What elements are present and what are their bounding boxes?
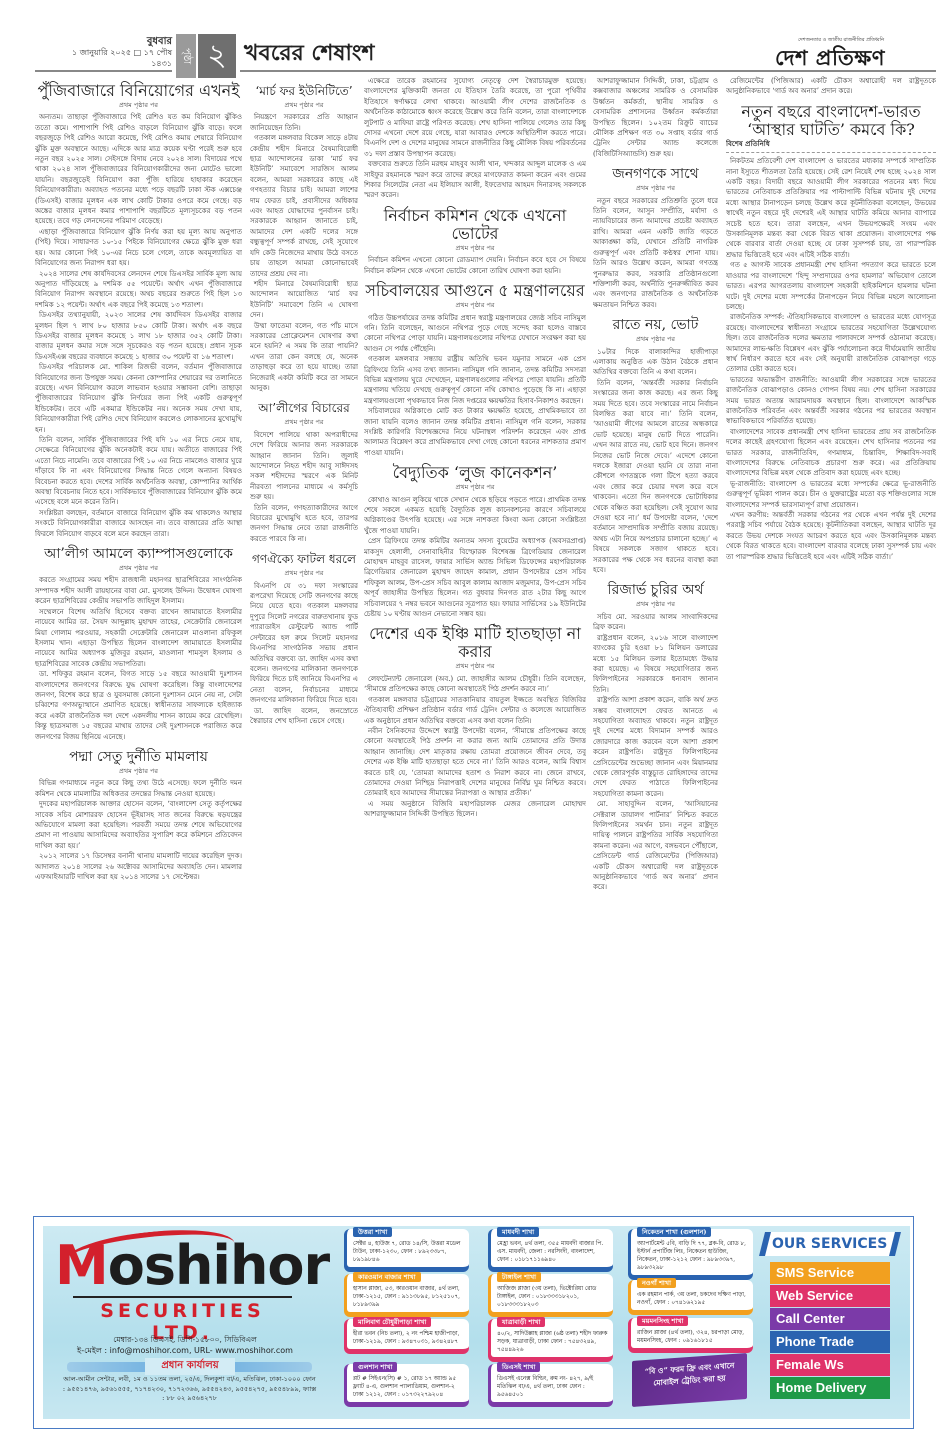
issue-date-text: ১ জানুয়ারি ২০২৫ □ ১৭ পৌষ ১৪৩১	[60, 47, 172, 69]
branch-title: যাত্রাবাড়ী শাখা	[497, 1317, 545, 1327]
article-paragraph: সচিব মো. সরওয়ার আলম সাংবাদিকদের ব্রিফ ক…	[593, 612, 718, 633]
branch-card: টাঙ্গাইল শাখা আজিজ প্লাজা (৩য় তলা), ভিক…	[488, 1274, 613, 1315]
article-paragraph: দুদকের মহাপরিচালক আক্তার হোসেন বলেন, ‘বা…	[35, 799, 242, 851]
article-kicker: প্রথম পৃষ্ঠার পর	[35, 100, 242, 110]
article-paragraph: নির্বাচন কমিশন এখনো কোনো রোডম্যাপ দেয়নি…	[364, 255, 586, 276]
article-paragraph: ডা. জাহিদ বলেন, জনস্রোতে স্বৈরাচার শেখ হ…	[250, 706, 358, 727]
column-4: আশরাফুজ্জামান সিদ্দিকী, ঢাকা, চট্টগ্রাম …	[593, 76, 718, 1191]
article-kicker: প্রথম পৃষ্ঠার পর	[593, 183, 718, 193]
brand-logo: Moshihor SECURITIES LTD.	[55, 1238, 310, 1344]
article-headline[interactable]: আ’লীগের বিচারের	[250, 399, 358, 417]
branch-title: ডিএসই শাখা	[497, 1362, 540, 1372]
branch-address: এক রহমান পার্ক, ৩য় তলা, চকদেব দক্ষিণ পা…	[637, 1291, 748, 1307]
article-paragraph: মো. সাহাবুদ্দিন বলেন, ‘আসিয়ানের সেক্টরা…	[593, 799, 718, 893]
article-paragraph: ২০১২ সালের ১৭ ডিসেম্বর বনানী থানায় মামল…	[35, 851, 242, 882]
branch-title: মালিবাগ চৌধুরীপাড়া শাখা	[353, 1317, 431, 1327]
branch-address: মেহ্রা ভবন, ৪র্থ তলা, ৩৫৫ মাধবদী বাজার প…	[497, 1240, 608, 1264]
service-item: Call Center	[770, 1308, 890, 1330]
article-paragraph: গঠিত উচ্চপর্যায়ের তদন্ত কমিটির প্রধান স…	[364, 313, 586, 355]
article-paragraph: নতুন বছরে সরকারের প্রতিশ্রুতি তুলে ধরে ত…	[593, 196, 718, 310]
article-headline[interactable]: বৈদ্যুতিক ‘লুজ কানেকশন’	[364, 464, 586, 482]
branch-card: যাত্রাবাড়ী শাখা ৪০/২, সাদিউল্লাহ প্লাজা…	[488, 1319, 613, 1360]
article-paragraph: ডিএসইর পরিচালক মো. শাকিল রিজভী বলেন, বর্…	[35, 362, 242, 435]
article-lead-carryover: রেজিমেন্টের (পিজিআর) একটি চৌকস অশ্বারোহী…	[726, 76, 936, 97]
column-1: পুঁজিবাজারে বিনিয়োগের এখনই প্রথম পৃষ্ঠা…	[35, 76, 242, 1191]
branch-title: নিকেতন শাখা (গুলশান)	[637, 1227, 711, 1237]
paper-logo: দেশ প্রতিক্ষণ	[775, 42, 885, 77]
article-paragraph: ডিএসইর তথ্যানুযায়ী, ২০২৩ সালের শেষ কার্…	[35, 310, 242, 362]
article-paragraph: বক্তব্যের শুরুতে তিনি মরহুম মাহবুব আলী খ…	[364, 159, 586, 201]
article-headline[interactable]: নির্বাচন কমিশন থেকে এখনো ভোটের	[364, 207, 586, 243]
article-paragraph: ভূ-রাজনীতি: বাংলাদেশ ও ভারতের মধ্যে সম্প…	[726, 479, 936, 510]
article-paragraph: ভারতের অভ্যন্তরীণ রাজনীতি: আওয়ামী লীগ স…	[726, 375, 936, 427]
branch-address: হাসান প্লাজা, ৫৩, কারওয়ান বাজার, ৪র্থ ত…	[353, 1285, 464, 1309]
article-paragraph: বিভিন্ন গণমাধ্যমে নতুন করে কিছু তথ্য উঠে…	[35, 778, 242, 799]
article-paragraph: এখন করণীয়: অন্তর্বর্তী সরকার গঠনের পর থ…	[726, 510, 936, 562]
article-paragraph: গতকাল মঙ্গলবার চট্টগ্রামের সাতকানিয়ার ব…	[364, 695, 586, 726]
article-headline[interactable]: আ’লীগ আমলে ক্যাম্পাসগুলোকে	[35, 545, 242, 563]
article-paragraph: বিএনপি যে ৩১ দফা সংস্কারের রূপরেখা দিয়ে…	[250, 581, 358, 706]
branch-card: ডিএসই শাখা ডিএসই এনেক্স বিল্ডিং, রুম নং-…	[488, 1364, 613, 1405]
article-paragraph: বিদেশে পালিয়ে থাকা অপরাধীদের দেশে ফিরিয…	[250, 430, 358, 503]
promo-banner: “বি ও” ফরম ফ্রি এবং এখানে মোবাইল ট্রেডিং…	[632, 1353, 747, 1407]
page-number: ২	[198, 34, 236, 78]
article-paragraph: তিনি বলেন, গণহত্যাকারীদের আগে বিচারের মু…	[250, 503, 358, 545]
article-kicker: প্রথম পৃষ্ঠার পর	[364, 243, 586, 253]
branch-card: ময়মনসিংহ শাখা রাজিন প্লাজা (৪র্থ তলা), …	[628, 1318, 753, 1351]
article-byline: বিশেষ প্রতিনিধি	[726, 139, 936, 153]
service-item: Home Delivery	[770, 1377, 890, 1399]
article-kicker: প্রথম পৃষ্ঠার পর	[364, 661, 586, 671]
article-headline[interactable]: পুঁজিবাজারে বিনিয়োগের এখনই	[35, 82, 242, 100]
branch-address: আজিজ প্লাজা (৩য় তলা), ভিক্টোরিয়া রোড ট…	[497, 1285, 608, 1309]
article-kicker: প্রথম পৃষ্ঠার পর	[364, 482, 586, 492]
branch-title: নওগাঁ শাখা	[637, 1278, 676, 1288]
article-paragraph: প্রেস ব্রিফিংয়ে তদন্ত কমিটির অন্যতম সদস…	[364, 536, 586, 619]
branch-card: গুলশান শাখা প্লট # সিইএন(সি) # ১, রোড ১৭…	[344, 1364, 469, 1405]
service-item: Phone Trade	[770, 1331, 890, 1353]
branch-address: সেক্টর ৪, হাউজ ৭, রোড ১৪/সি, উত্তরা মডেল…	[353, 1240, 464, 1264]
branch-title: গুলশান শাখা	[353, 1362, 397, 1372]
article-paragraph: আশরাফুজ্জামান সিদ্দিকী, ঢাকা, চট্টগ্রাম …	[593, 76, 718, 159]
column-5: রেজিমেন্টের (পিজিআর) একটি চৌকস অশ্বারোহী…	[726, 76, 936, 1191]
article-paragraph: লেফটেন্যান্ট জেনারেল (অব.) মো. জাহাঙ্গীর…	[364, 674, 586, 695]
article-paragraph: এ সময় অনুষ্ঠানে বিজিবি মহাপরিচালক মেজর …	[364, 799, 586, 820]
article-kicker: প্রথম পৃষ্ঠার পর	[35, 563, 242, 573]
article-paragraph: গত ৫ আগস্ট সাবেক প্রধানমন্ত্রী শেখ হাসিন…	[726, 260, 936, 312]
article-kicker: প্রথম পৃষ্ঠার পর	[250, 100, 358, 110]
article-paragraph: উম্মা ফাতেমা বলেন, গত পাঁচ মাসে সরকারের …	[250, 321, 358, 394]
article-headline[interactable]: নতুন বছরে বাংলাদেশ-ভারত ‘আস্থার ঘাটতি’ ক…	[726, 103, 936, 139]
article-paragraph: তিনি বলেন, ‘অন্তর্বর্তী সরকার নির্বাচনি …	[593, 378, 718, 576]
branch-card: উত্তরা শাখা সেক্টর ৪, হাউজ ৭, রোড ১৪/সি,…	[344, 1229, 469, 1270]
member-info: মেম্বার-১৩৪ ডিএসই, ডিপি-১৫৮০০, সিডিবিএল	[55, 1334, 315, 1345]
branch-title: উত্তরা শাখা	[353, 1227, 392, 1237]
article-kicker: প্রথম পৃষ্ঠার পর	[593, 599, 718, 609]
article-paragraph: সম্মেলনে বিশেষ অতিথি হিসেবে বক্তব্য রাখে…	[35, 607, 242, 669]
services-title: OUR SERVICES	[759, 1232, 901, 1256]
contact-info[interactable]: ই-মেইল : info@moshihor.com, URL- www.mos…	[55, 1345, 315, 1356]
branch-card: কারওয়ান বাজার শাখা হাসান প্লাজা, ৫৩, কা…	[344, 1274, 469, 1315]
hq-address: আল-আমীন সেন্টার, লবী, ১ম ও ১১তম তলা, ২৫/…	[62, 1375, 317, 1404]
article-headline[interactable]: সচিবালয়ের আগুনে ৫ মন্ত্রণালয়ের	[364, 282, 586, 300]
article-kicker: প্রথম পৃষ্ঠার পর	[250, 568, 358, 578]
branch-address: ৪০/২, সাদিউল্লাহ প্লাজা (৬ষ্ঠ তলা) শহীদ …	[497, 1330, 608, 1354]
article-paragraph: রাজনৈতিক সম্পর্ক: ঐতিহাসিকভাবে বাংলাদেশ …	[726, 312, 936, 374]
branch-title: টাঙ্গাইল শাখা	[497, 1272, 541, 1282]
article-paragraph: তিনি বলেন, সার্বিক পুঁজিবাজারের পিই যদি …	[35, 435, 242, 508]
column-2: ‘মার্চ ফর ইউনিটিতে’ প্রথম পৃষ্ঠার পর নিয…	[250, 76, 358, 1191]
article-paragraph: সংশ্লিষ্টরা বলছেন, বর্তমানে বাজারে বিনিয…	[35, 508, 242, 539]
branch-address: প্লট # সিইএন(সি) # ১, রোড ১৭ অ্যান্ড ৯৫ …	[353, 1375, 464, 1399]
issue-day: বুধবার	[60, 36, 172, 47]
article-paragraph: এক্ষেত্রে তারেক রহমানের সুযোগ্য নেতৃত্বে…	[364, 76, 586, 159]
article-headline[interactable]: রিজার্ভ চুরির অর্থ	[593, 581, 718, 599]
branch-address: অ্যাপার্টমেন্ট ৫বি, বাড়ি দি ৭৭, ব্লক-বি…	[637, 1240, 748, 1272]
article-headline[interactable]: পদ্মা সেতু দুর্নীতি মামলায়	[35, 748, 242, 766]
article-headline[interactable]: রাতে নয়, ভোট	[593, 316, 718, 334]
article-headline[interactable]: গণঐক্যে ফাটল ধরলে	[250, 550, 358, 568]
branch-address: হীরা ভবন (নিচ তলা), ২ নং পশ্চিম হাজীপাড়…	[353, 1330, 464, 1346]
article-paragraph: নিয়ন্ত্রণে সরকারের প্রতি আহ্বান জানিয়ে…	[250, 112, 358, 133]
branch-title: মাধবদী শাখা	[497, 1227, 539, 1237]
masthead: বুধবার ১ জানুয়ারি ২০২৫ □ ১৭ পৌষ ১৪৩১ পৃ…	[0, 0, 945, 80]
branch-card: নওগাঁ শাখা এক রহমান পার্ক, ৩য় তলা, চকদে…	[628, 1280, 753, 1313]
service-item: Female Ws	[770, 1354, 890, 1376]
article-headline[interactable]: ‘মার্চ ফর ইউনিটিতে’	[250, 82, 358, 100]
article-paragraph: অন্যতম। তাছাড়া পুঁজিবাজারে পিই রেশিও যত…	[35, 112, 242, 226]
article-paragraph: সচিবালয়ের অগ্নিকাণ্ডে মোট কত টাকার ক্ষয…	[364, 406, 586, 458]
article-kicker: প্রথম পৃষ্ঠার পর	[364, 300, 586, 310]
article-paragraph: ১০টার দিকে বালাকান্দির হাজীপাড়া এলাকায়…	[593, 347, 718, 378]
article-paragraph: নবীন সৈনিকদের উদ্দেশে স্বরাষ্ট্র উপদেষ্ট…	[364, 726, 586, 799]
page-label: পৃষ্ঠা	[176, 34, 196, 78]
article-kicker: প্রথম পৃষ্ঠার পর	[593, 334, 718, 344]
article-kicker: প্রথম পৃষ্ঠার পর	[250, 417, 358, 427]
branch-card: মাধবদী শাখা মেহ্রা ভবন, ৪র্থ তলা, ৩৫৫ মা…	[488, 1229, 613, 1270]
services-title-text: OUR SERVICES	[772, 1232, 887, 1256]
branch-title: ময়মনসিংহ শাখা	[637, 1316, 688, 1326]
article-paragraph: কোথাও আগুন লুকিয়ে থাকে সেখান থেকে ছড়িয…	[364, 495, 586, 537]
service-item: Web Service	[770, 1285, 890, 1307]
article-kicker: প্রথম পৃষ্ঠার পর	[35, 766, 242, 776]
branch-address: ডিএসই এনেক্স বিল্ডিং, রুম নং- ৪২৭, ৯/ই ম…	[497, 1375, 608, 1399]
section-title: খবরের শেষাংশ	[244, 36, 374, 73]
column-3: এক্ষেত্রে তারেক রহমানের সুযোগ্য নেতৃত্বে…	[364, 76, 586, 1191]
service-item: SMS Service	[770, 1262, 890, 1284]
branch-card: নিকেতন শাখা (গুলশান) অ্যাপার্টমেন্ট ৫বি,…	[628, 1229, 753, 1278]
issue-date: বুধবার ১ জানুয়ারি ২০২৫ □ ১৭ পৌষ ১৪৩১	[60, 36, 172, 69]
article-paragraph: গতকাল মঙ্গলবার সন্ধ্যায় রাষ্ট্রীয় অতিথ…	[364, 354, 586, 406]
article-paragraph: ২০২৪ সালের শেষ কার্যদিবসের লেনদেন শেষে ড…	[35, 269, 242, 311]
article-paragraph: নিকটতম প্রতিবেশী দেশ বাংলাদেশ ও ভারতের ম…	[726, 156, 936, 260]
branch-card: মালিবাগ চৌধুরীপাড়া শাখা হীরা ভবন (নিচ ত…	[344, 1319, 469, 1352]
article-paragraph: এছাড়া পুঁজিবাজারে বিনিয়োগ ঝুঁকি নির্ণয…	[35, 227, 242, 269]
article-paragraph: ডা. শফিকুর রহমান বলেন, বিগত সাড়ে ১৫ বছর…	[35, 669, 242, 742]
article-headline[interactable]: জনগণকে সাথে	[593, 165, 718, 183]
article-paragraph: রাষ্ট্রপ্রধান বলেন, ২০১৬ সালে বাংলাদেশ ব…	[593, 633, 718, 695]
masthead-rule-left	[35, 70, 172, 72]
hq-label: প্রধান কার্যালয়	[145, 1358, 235, 1375]
services-panel: OUR SERVICES SMS Service Web Service Cal…	[770, 1232, 890, 1400]
article-paragraph: গতকাল মঙ্গলবার বিকেল সাড়ে ৪টায় কেন্দ্র…	[250, 133, 358, 279]
article-paragraph: রাষ্ট্রপতি আশা প্রকাশ করেন, বাকি অর্থ দ্…	[593, 695, 718, 799]
article-headline[interactable]: দেশের এক ইঞ্চি মাটি হাতছাড়া না করার	[364, 625, 586, 661]
article-paragraph: করতে সংগ্রামের সময় শহীদ রাজধানী মহানগর …	[35, 575, 242, 606]
article-paragraph: বাংলাদেশের সাবেক প্রধানমন্ত্রী শেখ হাসিন…	[726, 427, 936, 479]
branch-address: রাজিন প্লাজা (৪র্থ তলা), ৩২৪, চরপাড়া মো…	[637, 1329, 748, 1345]
brand-meta: মেম্বার-১৩৪ ডিএসই, ডিপি-১৫৮০০, সিডিবিএল …	[55, 1334, 315, 1356]
article-paragraph: শহীদ মিনারে বৈষম্যবিরোধী ছাত্র আন্দোলন আ…	[250, 279, 358, 321]
branch-title: কারওয়ান বাজার শাখা	[353, 1272, 421, 1282]
